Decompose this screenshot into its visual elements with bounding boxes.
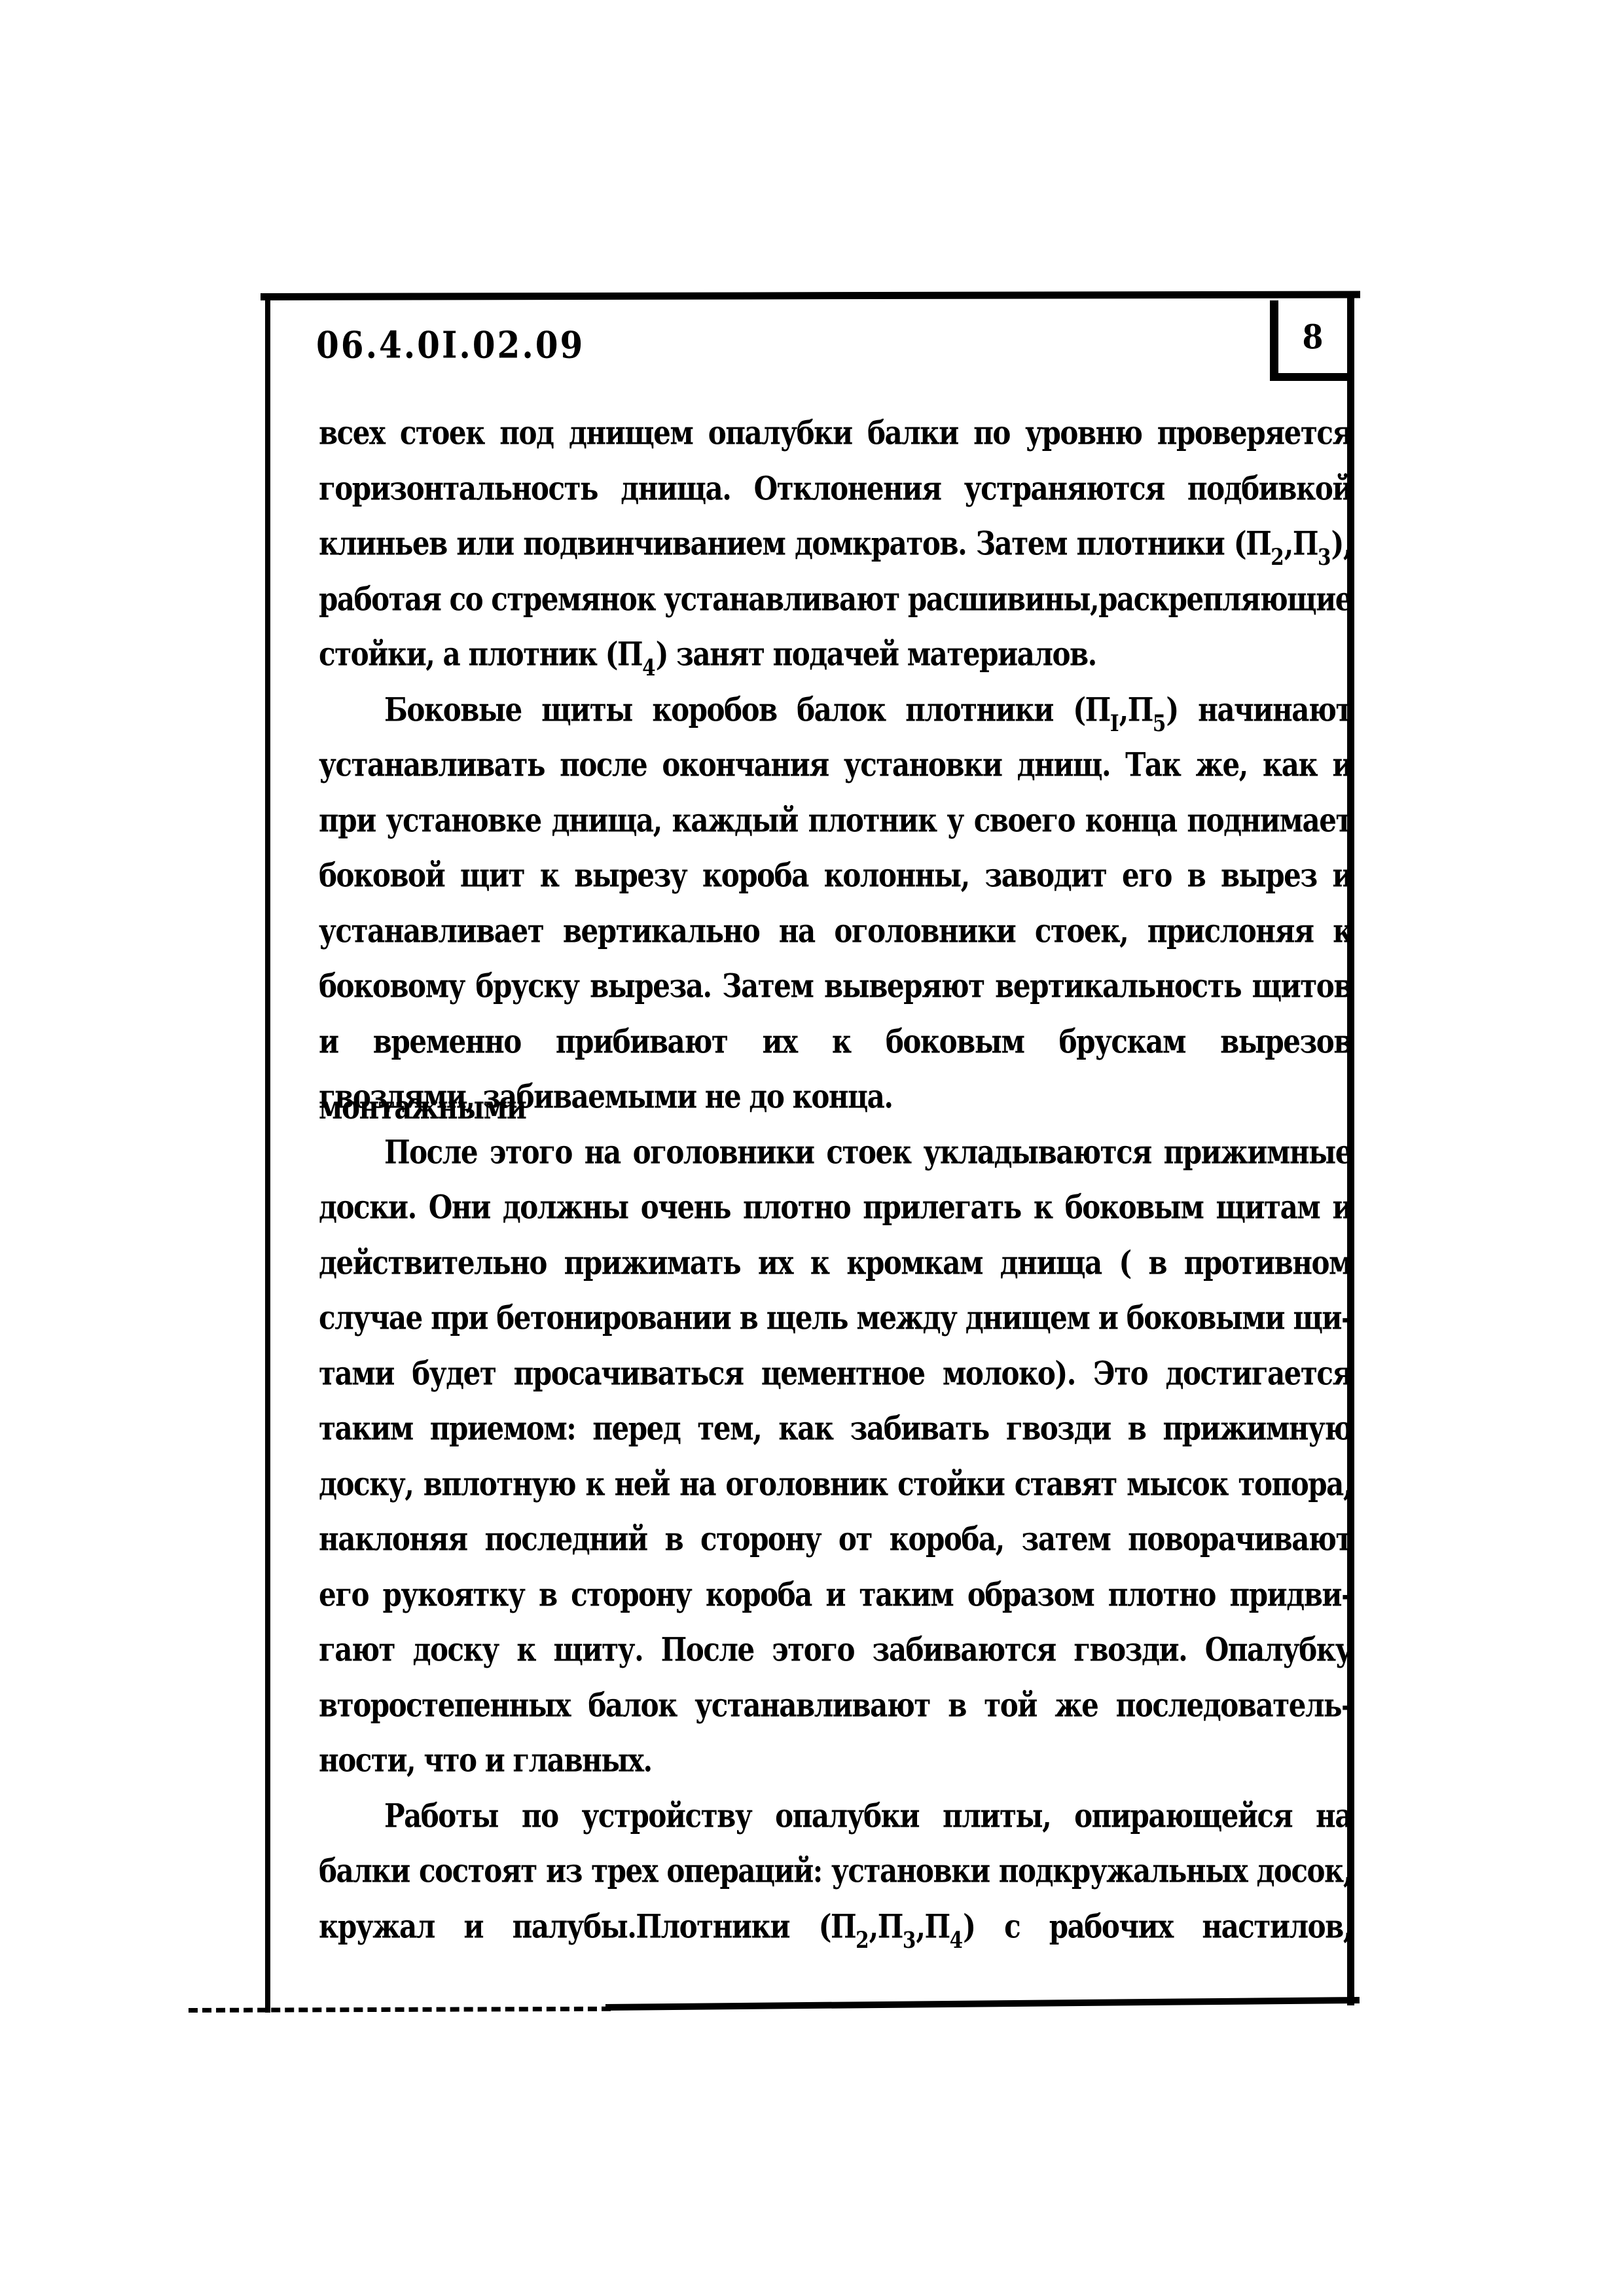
subscript-text: 3 bbox=[903, 1926, 916, 1953]
line-text: таким приемом: перед тем, как забивать г… bbox=[319, 1409, 1352, 1447]
page-number: 8 bbox=[1302, 317, 1323, 356]
frame-border-top bbox=[261, 291, 1360, 300]
line-text: ,П bbox=[1119, 691, 1153, 728]
subscript-text: 2 bbox=[1271, 543, 1284, 570]
frame-border-left bbox=[265, 300, 270, 2013]
subscript-text: 2 bbox=[856, 1926, 869, 1953]
line-text: ) занят подачей материалов. bbox=[656, 635, 1096, 673]
line-text: действительно прижимать их к кромкам дни… bbox=[319, 1244, 1352, 1282]
line-text: ,П bbox=[869, 1907, 903, 1945]
line-text: боковому бруску выреза. Затем выверяют в… bbox=[319, 967, 1352, 1005]
line-text: ) с рабочих настилов, bbox=[963, 1907, 1352, 1945]
line-text: наклоняя последний в сторону от короба, … bbox=[319, 1520, 1352, 1558]
line-text: Работы по устройству опалубки плиты, опи… bbox=[384, 1797, 1352, 1835]
subscript-text: 3 bbox=[1318, 543, 1331, 570]
line-text: случае при бетонировании в щель между дн… bbox=[319, 1299, 1352, 1336]
line-text: горизонтальность днища. Отклонения устра… bbox=[319, 469, 1352, 507]
line-text: работая со стремянок устанавливают расши… bbox=[319, 580, 1352, 618]
line-text: стойки, а плотник (П bbox=[319, 635, 642, 673]
line-text: ,П bbox=[916, 1907, 949, 1945]
line-text: балки состоят из трех операций: установк… bbox=[319, 1852, 1352, 1890]
subscript-text: 4 bbox=[950, 1926, 963, 1953]
line-text: доску, вплотную к ней на оголовник стойк… bbox=[319, 1465, 1352, 1503]
line-text: гают доску к щиту. После этого забиваютс… bbox=[319, 1630, 1352, 1668]
line-text: боковой щит к вырезу короба колонны, зав… bbox=[319, 856, 1352, 894]
text-line: кружал и палубы.Плотники (П2,П3,П4) с ра… bbox=[319, 1894, 1352, 1960]
frame-border-bottom-dashed bbox=[189, 2007, 611, 2013]
document-page: 06.4.0I.02.09 8 всех стоек под днищем оп… bbox=[0, 0, 1624, 2296]
line-text: кружал и палубы.Плотники (П bbox=[319, 1907, 856, 1945]
line-text: клиньев или подвинчиванием домкратов. За… bbox=[319, 524, 1271, 562]
body-text: всех стоек под днищем опалубки балки по … bbox=[319, 406, 1352, 1954]
doc-number: 06.4.0I.02.09 bbox=[316, 323, 585, 367]
frame-border-bottom-solid bbox=[605, 1997, 1360, 2011]
line-text: второстепенных балок устанавливают в той… bbox=[319, 1686, 1352, 1724]
line-text: гвоздями, забиваемыми не до конца. bbox=[319, 1077, 892, 1115]
page-number-box: 8 bbox=[1270, 300, 1347, 381]
line-text: ), bbox=[1331, 524, 1352, 562]
line-text: доски. Они должны очень плотно прилегать… bbox=[319, 1188, 1352, 1226]
line-text: при установке днища, каждый плотник у св… bbox=[319, 801, 1352, 839]
line-text: устанавливает вертикально на оголовники … bbox=[319, 912, 1352, 950]
line-text: его рукоятку в сторону короба и таким об… bbox=[319, 1575, 1352, 1613]
line-text: тами будет просачиваться цементное молок… bbox=[319, 1354, 1352, 1392]
line-text: Боковые щиты коробов балок плотники (П bbox=[384, 691, 1110, 728]
subscript-text: 4 bbox=[642, 654, 655, 681]
line-text: ности, что и главных. bbox=[319, 1741, 652, 1779]
line-text: всех стоек под днищем опалубки балки по … bbox=[319, 414, 1352, 452]
line-text: устанавливать после окончания установки … bbox=[319, 745, 1352, 783]
line-text: ) начинают bbox=[1166, 691, 1352, 728]
line-text: ,П bbox=[1284, 524, 1318, 562]
line-text: После этого на оголовники стоек укладыва… bbox=[384, 1133, 1352, 1171]
